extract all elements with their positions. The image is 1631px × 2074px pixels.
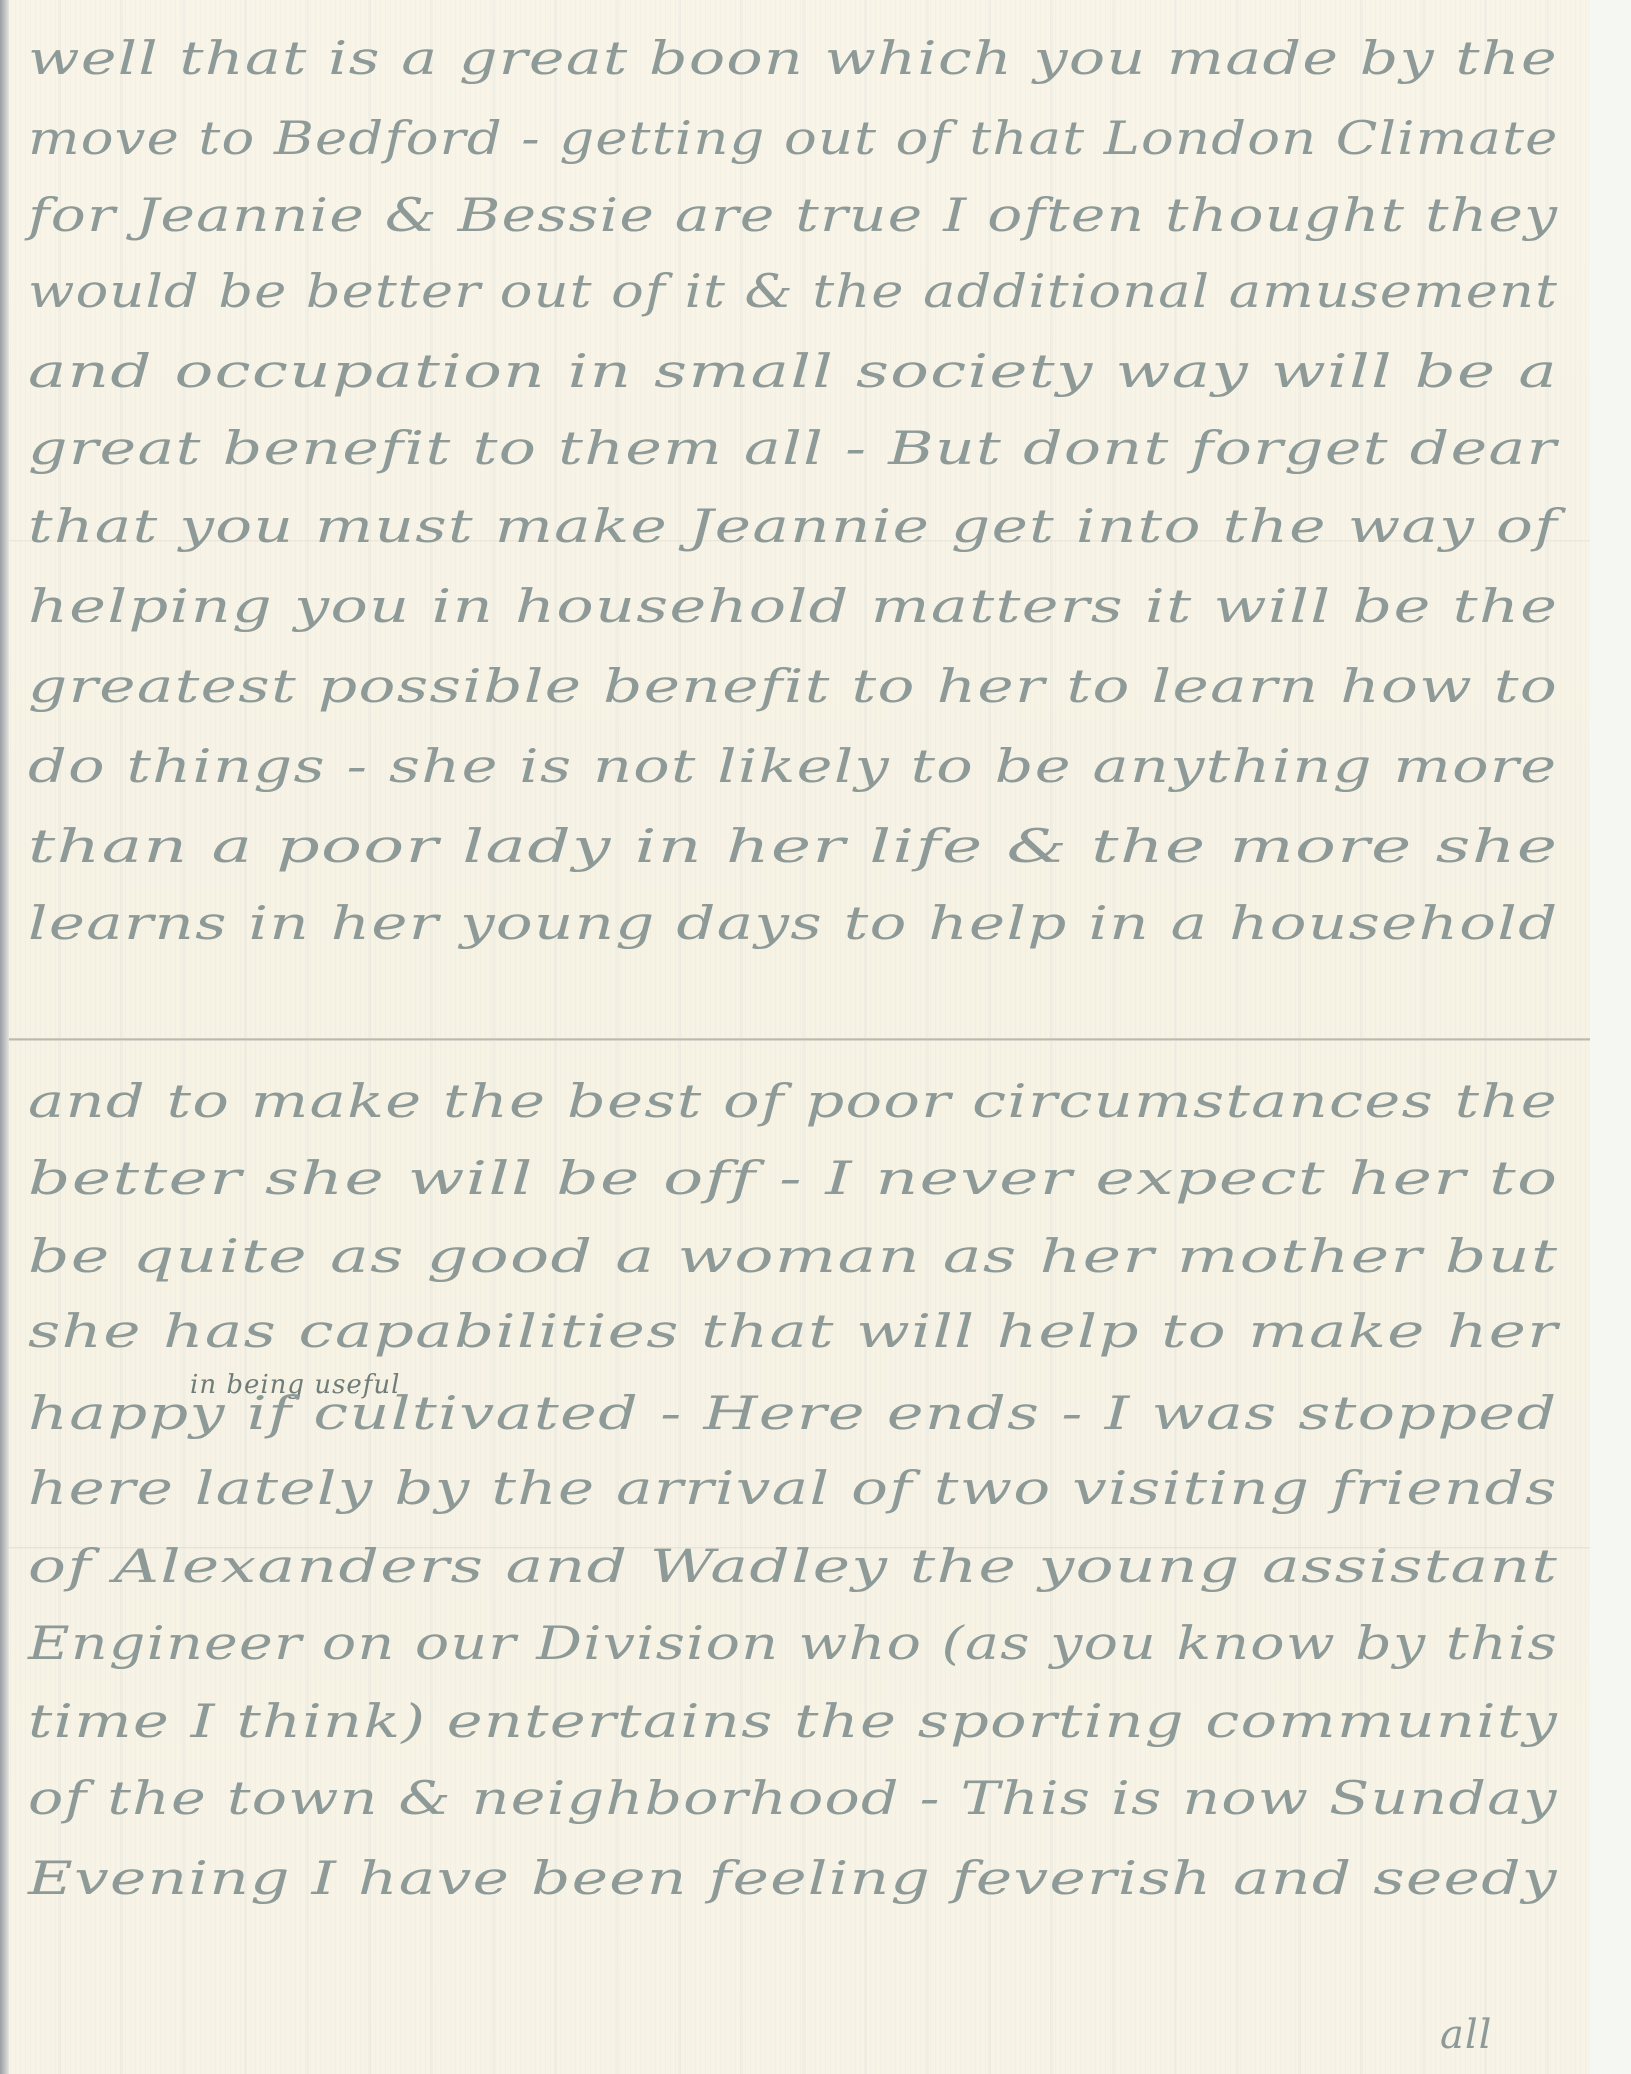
letter-line: Evening I have been feeling feverish and… [28,1855,1558,1901]
letter-line: Engineer on our Division who (as you kno… [28,1620,1558,1666]
letter-line: happy if cultivated - Here ends - I was … [28,1390,1557,1436]
letter-line: move to Bedford - getting out of that Lo… [28,115,1559,161]
letter-line: helping you in household matters it will… [28,583,1558,629]
catchword: all [1440,2015,1492,2055]
page-left-edge [0,0,9,2074]
letter-line: of the town & neighborhood - This is now… [28,1775,1558,1821]
letter-line: for Jeannie & Bessie are true I often th… [28,192,1558,238]
letter-line: learns in her young days to help in a ho… [28,900,1559,946]
letter-line: of Alexanders and Wadley the young assis… [28,1543,1558,1589]
fold-crease-middle [9,1038,1590,1041]
letter-line: than a poor lady in her life & the more … [28,823,1558,869]
letter-line: be quite as good a woman as her mother b… [28,1233,1558,1279]
letter-line: better she will be off - I never expect … [28,1155,1558,1201]
letter-line: great benefit to them all - But dont for… [28,425,1557,471]
letter-line: and to make the best of poor circumstanc… [28,1078,1558,1124]
letter-line: do things - she is not likely to be anyt… [28,743,1557,789]
letter-line: that you must make Jeannie get into the … [28,503,1558,549]
letter-line: here lately by the arrival of two visiti… [28,1465,1558,1511]
letter-line: she has capabilities that will help to m… [28,1308,1559,1354]
letter-line: greatest possible benefit to her to lear… [28,663,1558,709]
letter-line: and occupation in small society way will… [28,348,1558,394]
letter-page: well that is a great boon which you made… [0,0,1590,2074]
letter-line: well that is a great boon which you made… [28,35,1558,81]
letter-line: time I think) entertains the sporting co… [28,1698,1558,1744]
scan-right-margin [1590,0,1631,2074]
letter-line: would be better out of it & the addition… [28,268,1558,314]
